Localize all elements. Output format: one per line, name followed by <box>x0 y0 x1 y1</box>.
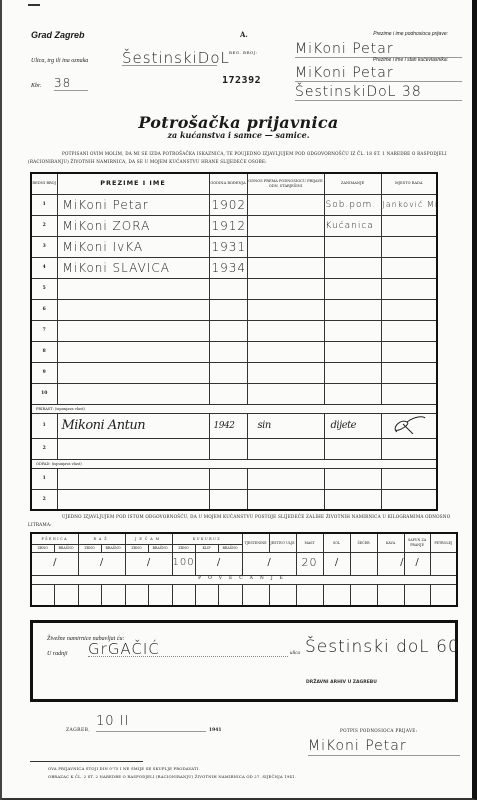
year-cell[interactable] <box>209 489 247 510</box>
date-field[interactable]: 10 II <box>96 714 206 732</box>
house-number-label: Kbr. <box>31 83 41 89</box>
header-no: REDNI BROJ <box>31 173 57 194</box>
name-cell[interactable]: MiKoni ZORA <box>57 215 209 236</box>
archive-stamp: DRŽAVNI ARHIV U ZAGREBU <box>306 680 377 685</box>
name-cell[interactable] <box>57 341 209 362</box>
increase-cell[interactable] <box>218 584 242 606</box>
occupation-cell[interactable] <box>324 362 381 383</box>
header-soap: SAPUN ZA PRANJE <box>404 533 430 552</box>
footnote-divider <box>30 761 143 762</box>
year-cell[interactable] <box>209 438 247 459</box>
table-row: 1 <box>31 468 437 489</box>
signature-field[interactable]: MiKoni Petar <box>308 738 460 756</box>
workplace-cell[interactable] <box>381 489 437 510</box>
occupation-cell[interactable]: Kućanica <box>324 215 381 236</box>
supplies-values-row: / / / 100 / / 20 / / / <box>31 552 457 575</box>
name-cell[interactable] <box>57 438 209 459</box>
occupation-cell[interactable] <box>324 438 381 459</box>
table-row: 5 <box>31 278 437 299</box>
occupation-cell[interactable] <box>324 468 381 489</box>
relation-cell[interactable]: sin <box>247 413 324 438</box>
applicant-field[interactable]: MiKoni Petar <box>295 41 462 58</box>
table-row: 8 <box>31 341 437 362</box>
name-cell[interactable] <box>57 468 209 489</box>
table-row: 2 <box>31 438 437 459</box>
occupation-cell[interactable] <box>324 320 381 341</box>
year-cell[interactable] <box>209 341 247 362</box>
table-row: 3 MiKoni IvKA 1931 <box>31 236 437 257</box>
sub-cob: KLIP <box>195 544 218 552</box>
city-heading: Grad Zagreb <box>31 30 85 40</box>
place-label: ZAGREB, <box>66 728 90 733</box>
name-cell[interactable] <box>57 320 209 341</box>
increase-cell[interactable] <box>350 584 377 606</box>
year-cell[interactable] <box>209 383 247 404</box>
persons-table: REDNI BROJ PREZIME I IME GODINA ROĐENJA … <box>30 172 438 511</box>
wheat-value[interactable]: / <box>31 552 78 575</box>
soap-value[interactable]: / <box>404 552 430 575</box>
supplies-declaration: UJEDNO IZJAVLJUJEM POD ISTOM ODGOVORNOŠĆ… <box>28 513 468 529</box>
header-sugar: ŠEĆER <box>350 533 377 552</box>
name-cell[interactable] <box>57 299 209 320</box>
reg-number: 172392 <box>222 75 261 86</box>
increase-cell[interactable] <box>404 584 430 606</box>
footnote-regulation: OBRAZAC K ČL. 2 ST. 2 NAREDBE O RASPODJE… <box>48 774 296 779</box>
occupation-cell[interactable] <box>324 236 381 257</box>
occupation-cell[interactable]: Sob.pom. <box>324 194 381 215</box>
row-number: 6 <box>31 299 57 320</box>
relation-cell[interactable] <box>247 320 324 341</box>
workplace-cell[interactable] <box>381 438 437 459</box>
shop-field[interactable]: GrGAČIĆ <box>88 640 288 657</box>
relation-cell[interactable] <box>247 438 324 459</box>
occupation-cell[interactable] <box>324 257 381 278</box>
fat-value[interactable]: 20 <box>296 552 323 575</box>
workplace-cell[interactable] <box>381 468 437 489</box>
street-label: Ulica, trg ili ina oznaka <box>31 58 88 64</box>
workplace-cell[interactable] <box>381 236 437 257</box>
sub-flour: BRAŠNO <box>54 544 78 552</box>
increase-cell[interactable] <box>269 584 296 606</box>
signature-flourish-icon <box>389 414 429 434</box>
row-number: 3 <box>31 236 57 257</box>
increase-cell[interactable] <box>377 584 404 606</box>
declaration-text: POTPISANI OVIM MOLIM, DA MI SE IZDA POTR… <box>28 150 468 165</box>
workplace-cell[interactable]: Janković Mih <box>381 194 437 215</box>
header-year: GODINA ROĐENJA <box>209 173 247 194</box>
table-row: 2 <box>31 489 437 510</box>
year-cell[interactable] <box>209 362 247 383</box>
occupation-cell[interactable] <box>324 278 381 299</box>
header-relation: ODNOS PREMA PODNOSIOCU PRIJAVE ODN. STAR… <box>247 173 324 194</box>
relation-cell[interactable] <box>247 489 324 510</box>
row-number: 1 <box>31 468 57 489</box>
table-header: REDNI BROJ PREZIME I IME GODINA ROĐENJA … <box>31 173 437 194</box>
increase-values-row <box>31 584 457 606</box>
header-name: PREZIME I IME <box>57 173 209 194</box>
shop-label: U radnji <box>47 651 68 657</box>
coffee-value[interactable]: / <box>377 552 404 575</box>
table-row: 10 <box>31 383 437 404</box>
table-row: 7 <box>31 320 437 341</box>
sub-flour: BRAŠNO <box>218 544 242 552</box>
occupation-cell[interactable]: dijete <box>324 413 381 438</box>
shop-street-label: ulica <box>290 651 300 656</box>
year-cell[interactable]: 1934 <box>209 257 247 278</box>
shop-section <box>30 620 458 702</box>
form-letter: A. <box>240 30 248 39</box>
relation-cell[interactable] <box>247 341 324 362</box>
header-rye: RAŽ <box>78 533 125 544</box>
table-row: 4 MiKoni SLAVICA 1934 <box>31 257 437 278</box>
relation-cell[interactable] <box>247 468 324 489</box>
name-cell[interactable]: MiKoni IvKA <box>57 236 209 257</box>
increase-cell[interactable] <box>296 584 323 606</box>
addition-section-header: PRIRAST: (ispunjava vlast) <box>31 404 437 413</box>
increase-cell[interactable] <box>54 584 78 606</box>
name-cell[interactable]: Mikoni Antun <box>57 413 209 438</box>
occupation-cell[interactable] <box>324 341 381 362</box>
year-label: 1941 <box>209 728 222 733</box>
year-cell[interactable] <box>209 468 247 489</box>
workplace-cell[interactable] <box>381 341 437 362</box>
ration-application-form: Grad Zagreb Ulica, trg ili ina oznaka Še… <box>0 0 477 800</box>
sub-grain: ZRNO <box>31 544 54 552</box>
row-number: 2 <box>31 215 57 236</box>
year-cell[interactable] <box>209 299 247 320</box>
occupation-cell[interactable] <box>324 299 381 320</box>
year-cell[interactable] <box>209 278 247 299</box>
salt-value[interactable]: / <box>323 552 350 575</box>
addition-label: PRIRAST: (ispunjava vlast) <box>31 404 437 413</box>
sub-grain: ZRNO <box>78 544 101 552</box>
relation-cell[interactable] <box>247 383 324 404</box>
workplace-cell[interactable] <box>381 278 437 299</box>
removal-label: ODPAD: (ispunjava vlast) <box>31 459 437 468</box>
name-cell[interactable] <box>57 489 209 510</box>
header-barley: JEČAM <box>125 533 172 544</box>
row-number: 2 <box>31 438 57 459</box>
header-pasta: TJESTENINE <box>242 533 269 552</box>
header-workplace: MJESTO RADA <box>381 173 437 194</box>
sub-grain: ZRNO <box>172 544 195 552</box>
relation-cell[interactable] <box>247 278 324 299</box>
workplace-cell[interactable] <box>381 215 437 236</box>
official-signature <box>381 413 437 438</box>
header-wheat: PŠENICA <box>31 533 78 544</box>
increase-label: POVEĆANJE <box>31 575 457 584</box>
sub-flour: BRAŠNO <box>148 544 172 552</box>
table-row: 1 Mikoni Antun 1942 sin dijete <box>31 413 437 438</box>
relation-cell[interactable] <box>247 362 324 383</box>
relation-cell[interactable] <box>247 236 324 257</box>
scan-mark <box>28 4 40 6</box>
row-number: 4 <box>31 257 57 278</box>
rye-value[interactable]: / <box>78 552 125 575</box>
relation-cell[interactable] <box>247 257 324 278</box>
workplace-cell[interactable] <box>381 299 437 320</box>
corn-rest-value[interactable]: / <box>195 552 242 575</box>
row-number: 10 <box>31 383 57 404</box>
corn-grain-value[interactable]: 100 <box>172 552 195 575</box>
document-subtitle: za kućanstva i samce — samice. <box>0 130 477 140</box>
year-cell[interactable]: 1931 <box>209 236 247 257</box>
name-cell[interactable] <box>57 278 209 299</box>
row-number: 7 <box>31 320 57 341</box>
increase-cell[interactable] <box>430 584 457 606</box>
workplace-cell[interactable] <box>381 362 437 383</box>
table-row: 1 MiKoni Petar 1902 Sob.pom. Janković Mi… <box>31 194 437 215</box>
sub-grain: ZRNO <box>125 544 148 552</box>
header-salt: SOL <box>323 533 350 552</box>
relation-cell[interactable] <box>247 215 324 236</box>
increase-cell[interactable] <box>101 584 125 606</box>
barley-value[interactable]: / <box>125 552 172 575</box>
year-cell[interactable]: 1942 <box>209 413 247 438</box>
header-fat: MAST <box>296 533 323 552</box>
row-number: 9 <box>31 362 57 383</box>
year-cell[interactable]: 1912 <box>209 215 247 236</box>
name-cell[interactable]: MiKoni Petar <box>57 194 209 215</box>
table-row: 9 <box>31 362 437 383</box>
increase-cell[interactable] <box>31 584 54 606</box>
kerosene-value[interactable] <box>430 552 457 575</box>
footnote-price: OVA PRIJAVNICA STOJI DIN 0'75 I NE SMIJE… <box>48 766 200 771</box>
relation-cell[interactable] <box>247 299 324 320</box>
signature-label: POTPIS PODNOSIOCA PRIJAVE: <box>340 728 417 733</box>
occupation-cell[interactable] <box>324 489 381 510</box>
removal-section-header: ODPAD: (ispunjava vlast) <box>31 459 437 468</box>
increase-cell[interactable] <box>172 584 195 606</box>
row-number: 8 <box>31 341 57 362</box>
header-oil: JESTIVO ULJE <box>269 533 296 552</box>
increase-cell[interactable] <box>78 584 101 606</box>
row-number: 5 <box>31 278 57 299</box>
supplies-table: PŠENICA RAŽ JEČAM KUKURUZ TJESTENINE JES… <box>30 532 458 607</box>
sugar-value[interactable] <box>350 552 377 575</box>
shop-street-field[interactable]: Šestinski doL 60 <box>305 637 460 657</box>
occupation-cell[interactable] <box>324 383 381 404</box>
workplace-cell[interactable] <box>381 257 437 278</box>
increase-row-header: POVEĆANJE <box>31 575 457 584</box>
sub-flour: BRAŠNO <box>101 544 125 552</box>
row-number: 1 <box>31 194 57 215</box>
landlord-label: Prezime i ime i stan kućevlasnika: <box>300 57 448 63</box>
name-cell[interactable]: MiKoni SLAVICA <box>57 257 209 278</box>
table-row: 2 MiKoni ZORA 1912 Kućanica <box>31 215 437 236</box>
supplies-header-groups: PŠENICA RAŽ JEČAM KUKURUZ TJESTENINE JES… <box>31 533 457 544</box>
year-cell[interactable]: 1902 <box>209 194 247 215</box>
pasta-oil-value[interactable]: / <box>242 552 296 575</box>
reg-number-label: REG. BROJ: <box>229 50 258 55</box>
name-cell[interactable] <box>57 383 209 404</box>
increase-cell[interactable] <box>195 584 218 606</box>
increase-cell[interactable] <box>323 584 350 606</box>
header-corn: KUKURUZ <box>172 533 242 544</box>
applicant-label: Prezime i ime podnosioca prijave: <box>300 31 448 37</box>
header-kerosene: PETROLEJ <box>430 533 457 552</box>
workplace-cell[interactable] <box>381 320 437 341</box>
table-row: 6 <box>31 299 437 320</box>
year-cell[interactable] <box>209 320 247 341</box>
increase-cell[interactable] <box>125 584 148 606</box>
row-number: 1 <box>31 413 57 438</box>
landlord-address-field[interactable]: ŠestinskiDoL 38 <box>295 84 462 101</box>
increase-cell[interactable] <box>242 584 269 606</box>
name-cell[interactable] <box>57 362 209 383</box>
relation-cell[interactable] <box>247 194 324 215</box>
workplace-cell[interactable] <box>381 383 437 404</box>
header-occupation: ZANIMANJE <box>324 173 381 194</box>
row-number: 2 <box>31 489 57 510</box>
landlord-name-field[interactable]: MiKoni Petar <box>295 65 462 82</box>
increase-cell[interactable] <box>148 584 172 606</box>
header-coffee: KAVA <box>377 533 404 552</box>
house-number-field[interactable]: 38 <box>54 76 88 91</box>
street-field[interactable]: ŠestinskiDoL <box>122 49 217 66</box>
